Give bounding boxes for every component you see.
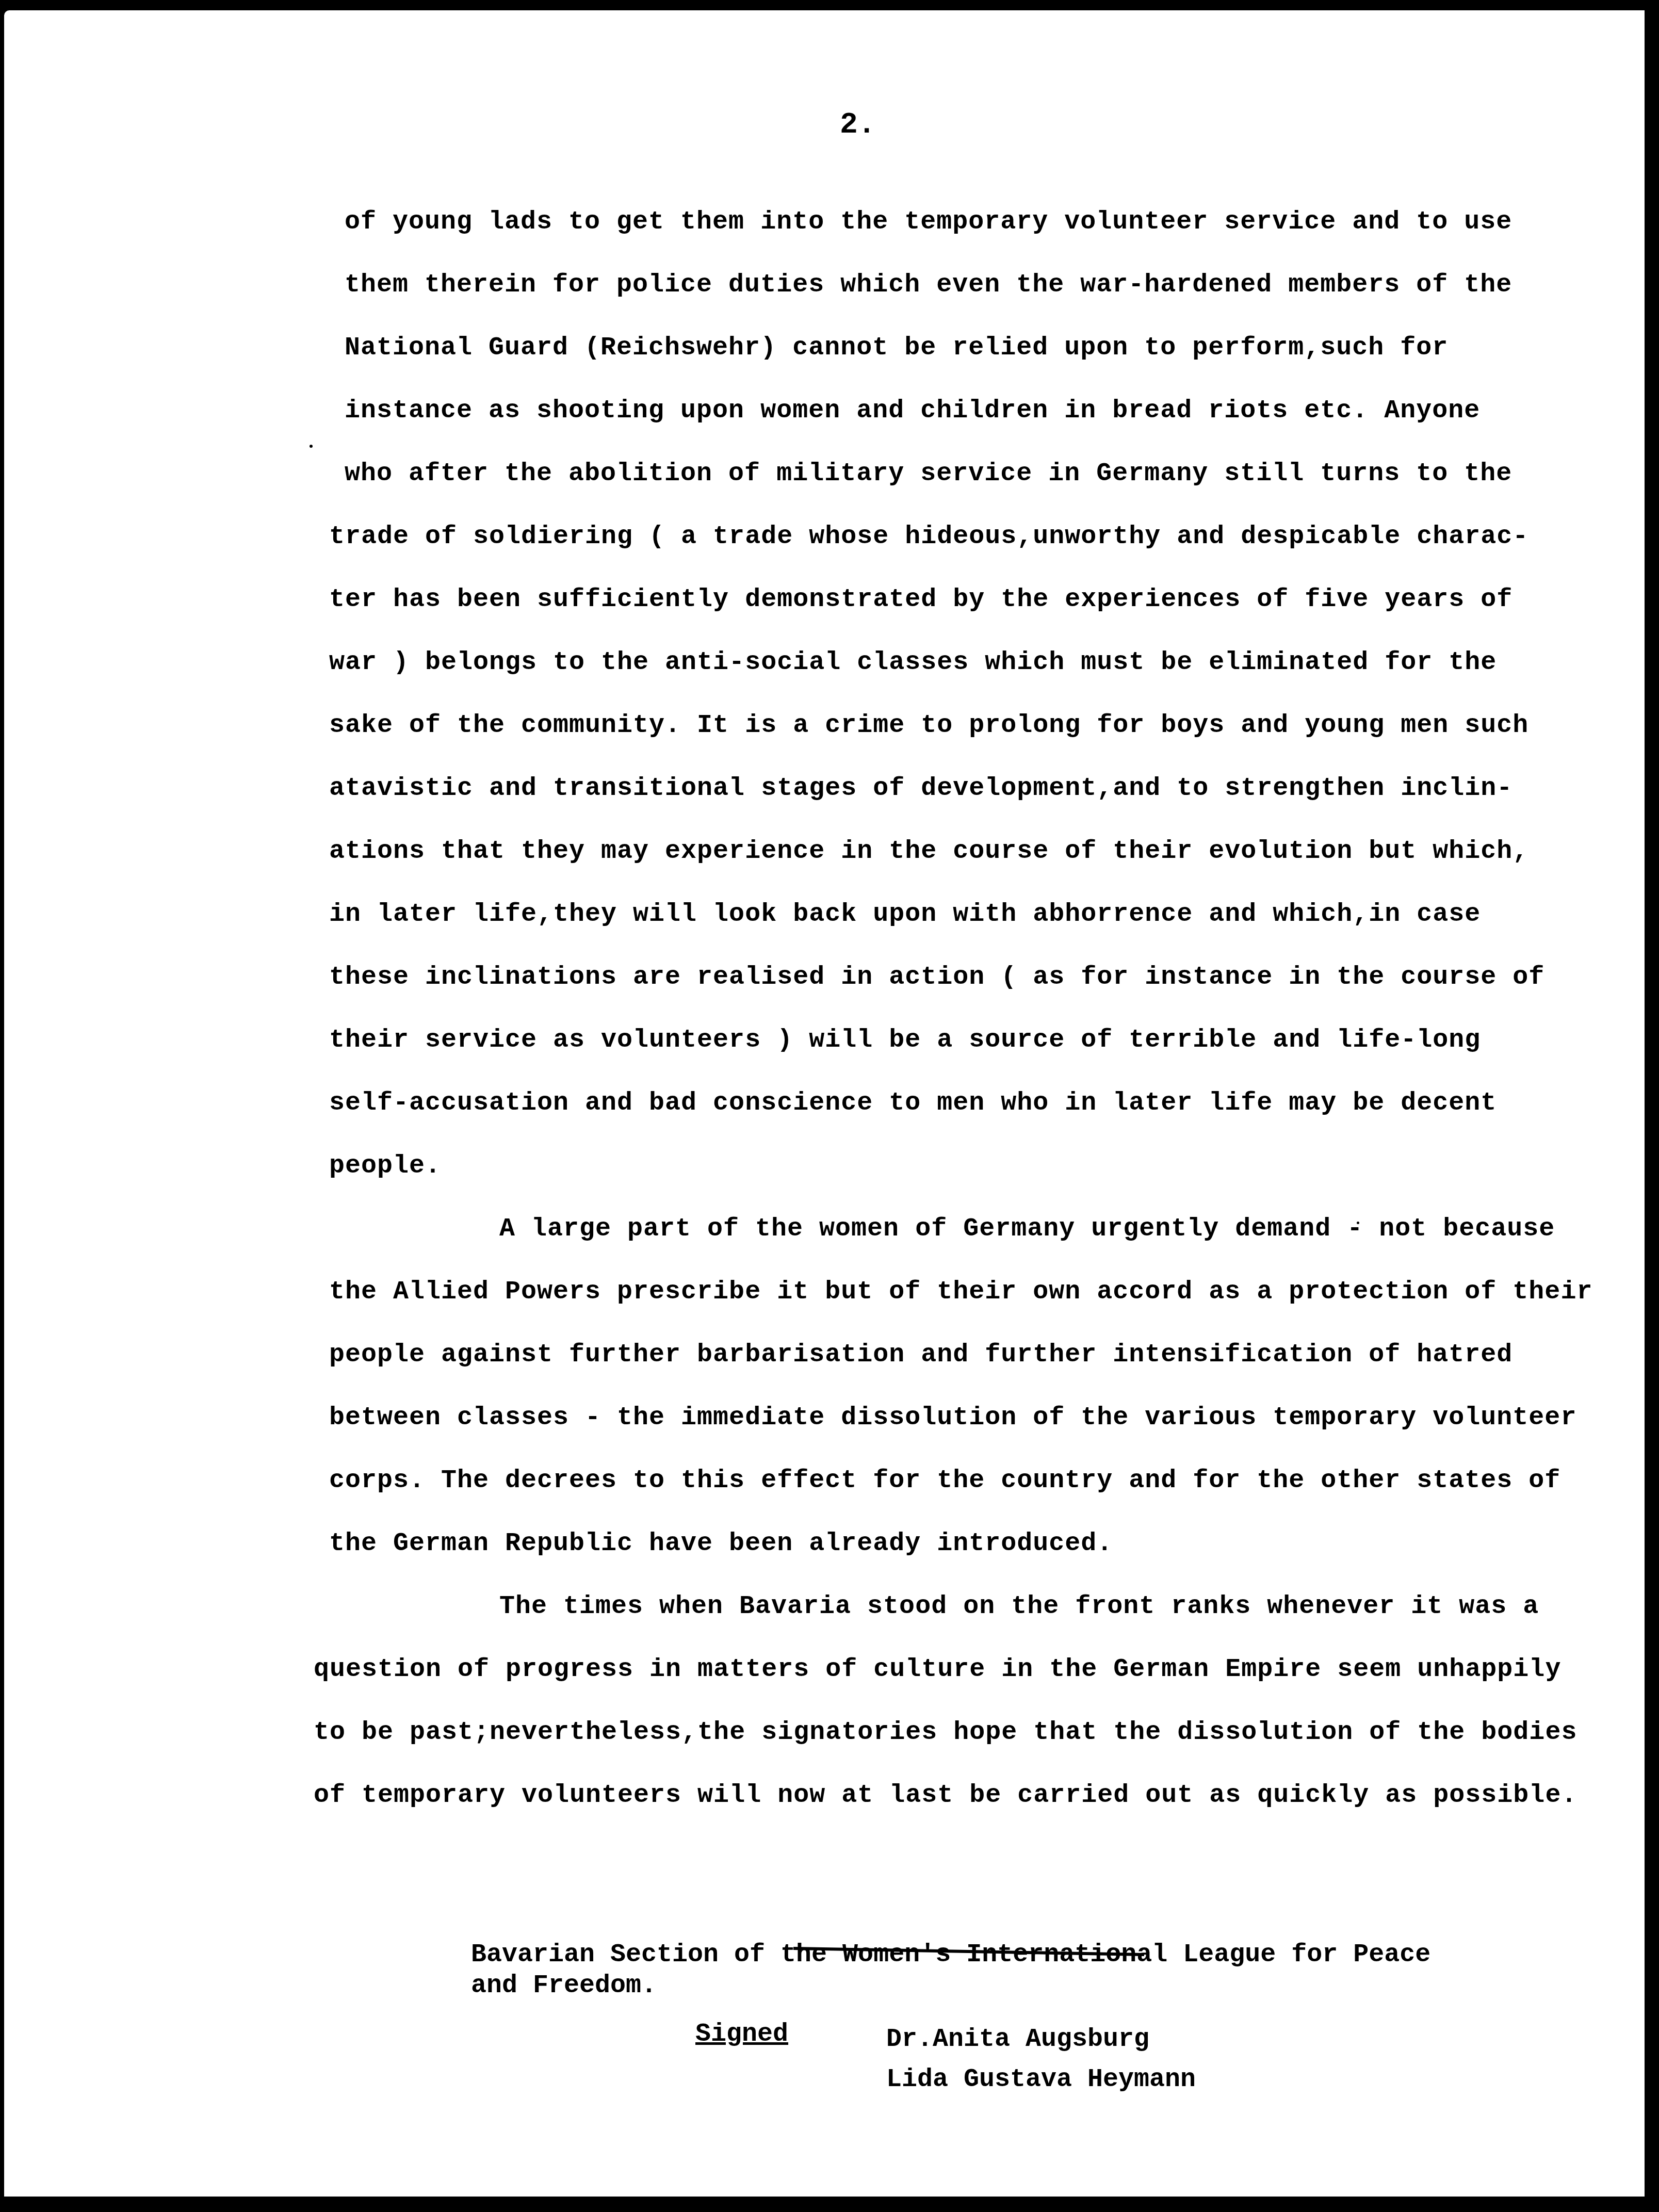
body-text: of young lads to get them into the tempo… [345, 191, 1614, 1827]
text-line: the German Republic have been already in… [329, 1512, 1614, 1575]
text-line: the Allied Powers prescribe it but of th… [329, 1261, 1614, 1324]
text-line: of temporary volunteers will now at last… [314, 1764, 1614, 1827]
text-line: sake of the community. It is a crime to … [329, 694, 1614, 757]
paragraph-2: A large part of the women of Germany urg… [345, 1198, 1614, 1575]
signatory-name: Dr.Anita Augsburg [886, 2020, 1196, 2060]
text-line: instance as shooting upon women and chil… [345, 380, 1614, 443]
text-line: in later life,they will look back upon w… [329, 883, 1614, 946]
paragraph-1: of young lads to get them into the tempo… [345, 191, 1614, 1198]
text-line: them therein for police duties which eve… [345, 254, 1614, 317]
page-number: 2. [840, 108, 876, 142]
text-line: National Guard (Reichswehr) cannot be re… [345, 317, 1614, 380]
text-line: their service as volunteers ) will be a … [329, 1009, 1614, 1072]
text-line: of young lads to get them into the tempo… [345, 191, 1614, 254]
text-line: self-accusation and bad conscience to me… [329, 1072, 1614, 1135]
text-line: people. [329, 1135, 1614, 1198]
signatories: Dr.Anita Augsburg Lida Gustava Heymann [886, 2020, 1196, 2100]
signatory-name: Lida Gustava Heymann [886, 2060, 1196, 2100]
text-line: atavistic and transitional stages of dev… [329, 757, 1614, 820]
text-line: A large part of the women of Germany urg… [499, 1198, 1614, 1261]
signed-label: Signed [695, 2014, 788, 2055]
document-page: 2. of young lads to get them into the te… [4, 10, 1645, 2197]
text-line: between classes - the immediate dissolut… [329, 1387, 1614, 1450]
text-line: question of progress in matters of cultu… [314, 1638, 1614, 1701]
scan-speck [1357, 1222, 1359, 1224]
text-line: trade of soldiering ( a trade whose hide… [329, 506, 1614, 568]
text-line: war ) belongs to the anti-social classes… [329, 631, 1614, 694]
text-line: The times when Bavaria stood on the fron… [499, 1575, 1614, 1638]
organization-line: Bavarian Section of the Women's Internat… [471, 1940, 1430, 1971]
text-line: these inclinations are realised in actio… [329, 946, 1614, 1009]
paragraph-3: The times when Bavaria stood on the fron… [345, 1575, 1614, 1827]
text-line: to be past;nevertheless,the signatories … [314, 1701, 1614, 1764]
text-line: corps. The decrees to this effect for th… [329, 1450, 1614, 1512]
organization-line: and Freedom. [471, 1971, 1430, 2002]
text-line: ter has been sufficiently demonstrated b… [329, 568, 1614, 631]
text-line: ations that they may experience in the c… [329, 820, 1614, 883]
scan-speck [310, 445, 313, 448]
text-line: who after the abolition of military serv… [345, 443, 1614, 506]
text-line: people against further barbarisation and… [329, 1324, 1614, 1387]
signature-organization: Bavarian Section of the Women's Internat… [471, 1940, 1430, 2002]
